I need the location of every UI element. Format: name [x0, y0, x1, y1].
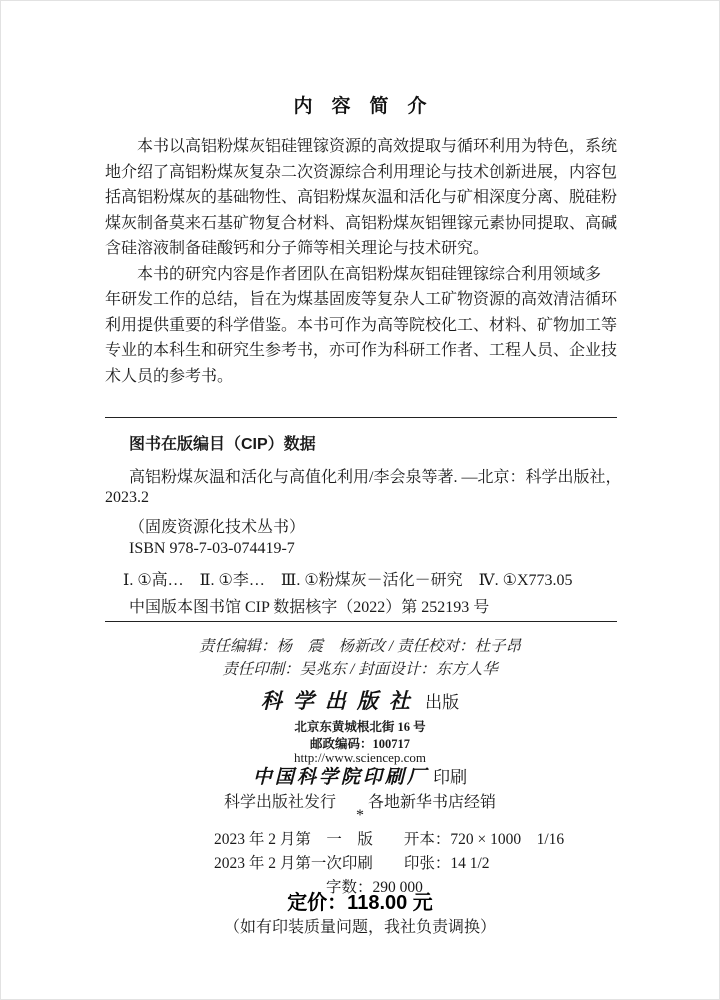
intro-line: 年研发工作的总结，旨在为煤基固废等复杂人工矿物资源的高效清洁循环 [105, 287, 621, 313]
print-suffix: 印刷 [429, 768, 467, 787]
intro-line: 本书的研究内容是作者团队在高铝粉煤灰铝硅锂镓综合利用领域多 [105, 262, 621, 288]
edition-line-1: 2023 年 2 月第 一 版 开本：720 × 1000 1/16 [214, 828, 564, 852]
intro-line: 煤灰制备莫来石基矿物复合材料、高铝粉煤灰铝锂镓元素协同提取、高碱 [105, 211, 621, 237]
copyright-page: 内 容 简 介 本书以高铝粉煤灰铝硅锂镓资源的高效提取与循环利用为特色，系统 地… [0, 0, 720, 1000]
intro-line: 括高铝粉煤灰的基础物性、高铝粉煤灰温和活化与矿相深度分离、脱硅粉 [105, 185, 621, 211]
credits-editor-line: 责任编辑：杨 震 杨新改 / 责任校对：杜子昂 [1, 634, 719, 656]
intro-paragraph-1: 本书以高铝粉煤灰铝硅锂镓资源的高效提取与循环利用为特色，系统 地介绍了高铝粉煤灰… [105, 134, 621, 262]
asterisk-separator: * [1, 807, 719, 825]
publisher-line: 科学出版社 出版 [1, 685, 719, 715]
intro-line: 地介绍了高铝粉煤灰复杂二次资源综合利用理论与技术创新进展，内容包 [105, 160, 621, 186]
publisher-address: 北京东黄城根北街 16 号 [1, 717, 719, 735]
exchange-note: （如有印装质量问题，我社负责调换） [1, 914, 719, 937]
cip-registry: 中国版本图书馆 CIP 数据核字（2022）第 252193 号 [105, 594, 489, 617]
credits-printer-line: 责任印制：吴兆东 / 封面设计：东方人华 [1, 657, 719, 679]
intro-line: 术人员的参考书。 [105, 364, 621, 390]
cip-series: （固废资源化技术丛书） [105, 514, 305, 537]
intro-line: 利用提供重要的科学借鉴。本书可作为高等院校化工、材料、矿物加工等 [105, 313, 621, 339]
price: 定价：118.00 元 [1, 886, 719, 915]
printer-name: 中国科学院印刷厂 [253, 767, 429, 788]
intro-paragraph-2: 本书的研究内容是作者团队在高铝粉煤灰铝硅锂镓综合利用领域多 年研发工作的总结，旨… [105, 262, 621, 390]
intro-title: 内 容 简 介 [1, 91, 719, 118]
edition-line-2: 2023 年 2 月第一次印刷 印张：14 1/2 [214, 852, 564, 876]
cip-isbn: ISBN 978-7-03-074419-7 [105, 540, 295, 558]
printer-line: 中国科学院印刷厂 印刷 [1, 762, 719, 789]
intro-line: 含硅溶液制备硅酸钙和分子筛等相关理论与技术研究。 [105, 236, 621, 262]
cip-heading: 图书在版编目（CIP）数据 [105, 431, 316, 454]
cip-classification: Ⅰ. ①高… Ⅱ. ①李… Ⅲ. ①粉煤灰－活化－研究 Ⅳ. ①X773.05 [105, 567, 573, 590]
intro-text: 本书以高铝粉煤灰铝硅锂镓资源的高效提取与循环利用为特色，系统 地介绍了高铝粉煤灰… [105, 134, 621, 389]
divider-top [105, 417, 617, 418]
publisher-name: 科学出版社 [261, 689, 421, 713]
intro-line: 本书以高铝粉煤灰铝硅锂镓资源的高效提取与循环利用为特色，系统 [105, 134, 621, 160]
cip-book-line: 高铝粉煤灰温和活化与高值化利用/李会泉等著. —北京：科学出版社， [105, 464, 621, 487]
cip-year-line: 2023.2 [105, 489, 149, 507]
intro-line: 专业的本科生和研究生参考书，亦可作为科研工作者、工程人员、企业技 [105, 338, 621, 364]
publish-suffix: 出版 [421, 693, 459, 712]
divider-bottom [105, 621, 617, 622]
